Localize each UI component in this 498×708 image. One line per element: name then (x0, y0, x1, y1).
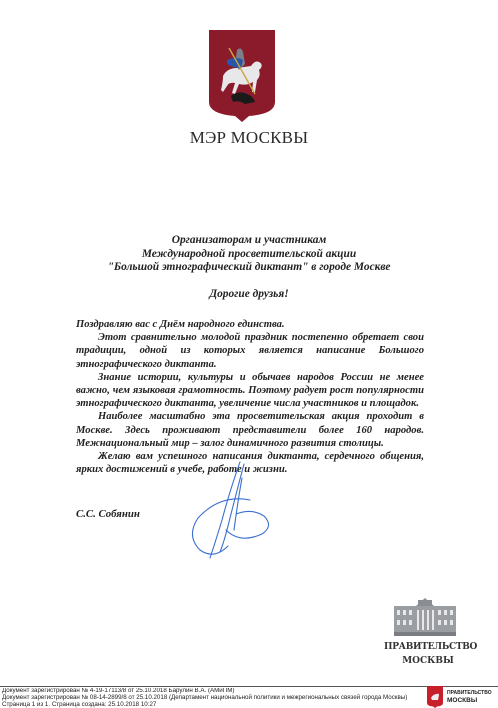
paragraph: Этот сравнительно молодой праздник посте… (76, 331, 424, 371)
government-building-icon (394, 596, 456, 636)
addressee-line: Организаторам и участникам (0, 234, 498, 248)
addressee-line: "Большой этнографический диктант" в горо… (0, 261, 498, 275)
paragraph: Наиболее масштабно эта просветительская … (76, 410, 424, 450)
letter-page: МЭР МОСКВЫ Организаторам и участникам Ме… (0, 0, 498, 708)
letter-body: Поздравляю вас с Днём народного единства… (76, 318, 424, 476)
stamp-text: Документ зарегистрирован № 4-19-17113/8 … (2, 688, 420, 708)
stamp-gov-line1: ПРАВИТЕЛЬСТВО (447, 690, 492, 697)
gov-logo-line1: ПРАВИТЕЛЬСТВО (384, 642, 472, 652)
stamp-gov-line2: МОСКВЫ (447, 697, 492, 704)
mayor-title: МЭР МОСКВЫ (0, 128, 498, 148)
paragraph: Знание истории, культуры и обычаев народ… (76, 371, 424, 411)
paragraph: Поздравляю вас с Днём народного единства… (76, 318, 424, 331)
government-logo: ПРАВИТЕЛЬСТВО МОСКВЫ (384, 596, 468, 674)
signer-name: С.С. Собянин (76, 508, 140, 520)
moscow-coat-of-arms-icon (209, 30, 275, 122)
addressee-block: Организаторам и участникам Международной… (0, 234, 498, 275)
handwritten-signature-icon (180, 460, 290, 570)
gov-logo-line2: МОСКВЫ (384, 656, 472, 666)
addressee-line: Международной просветительской акции (0, 248, 498, 262)
moscow-coat-of-arms-icon (427, 686, 443, 708)
stamp-gov-label: ПРАВИТЕЛЬСТВО МОСКВЫ (447, 690, 492, 704)
stamp-line: Страница 1 из 1. Страница создана: 25.10… (2, 702, 420, 708)
salutation: Дорогие друзья! (0, 288, 498, 300)
registration-stamp: Документ зарегистрирован № 4-19-17113/8 … (0, 686, 498, 708)
